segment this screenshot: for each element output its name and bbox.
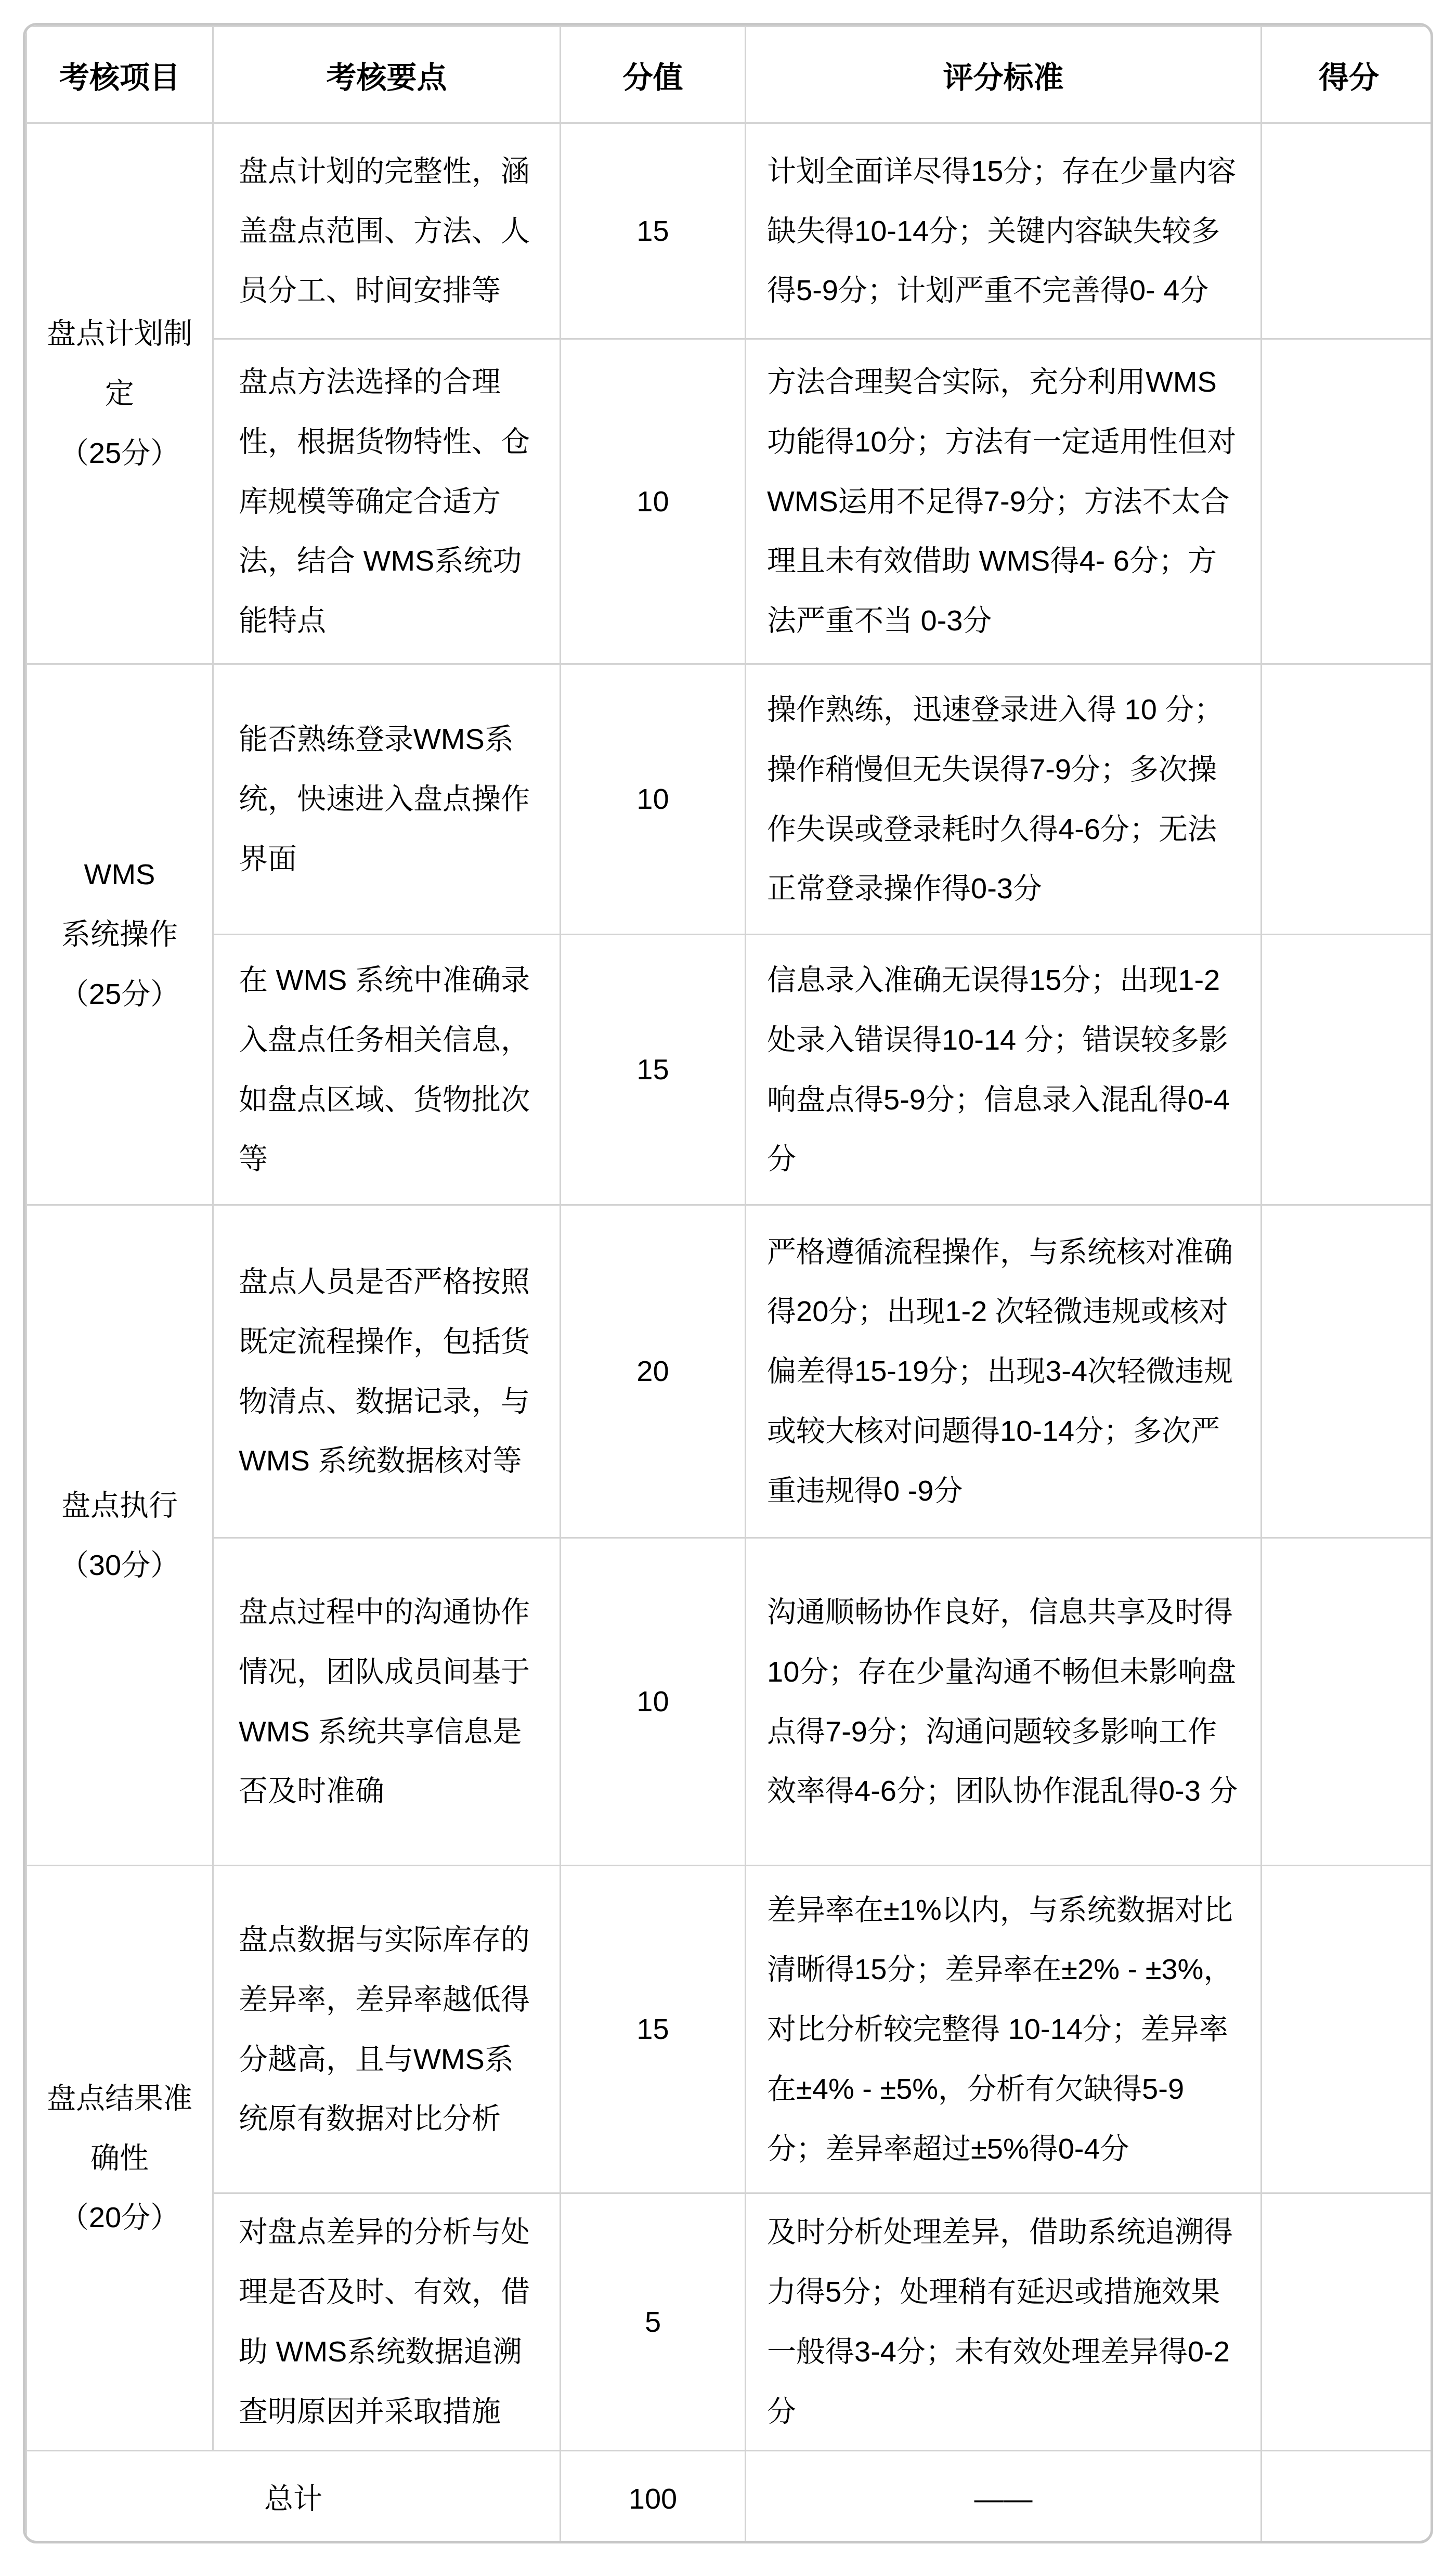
header-row: 考核项目 考核要点 分值 评分标准 得分 [27,27,1434,123]
total-criteria-cell: —— [746,2451,1262,2544]
result-cell[interactable] [1262,339,1434,664]
point-cell: 对盘点差异的分析与处理是否及时、有效，借助 WMS系统数据追溯查明原因并采取措施 [213,2193,561,2451]
point-cell: 盘点过程中的沟通协作情况，团队成员间基于 WMS 系统共享信息是否及时准确 [213,1538,561,1866]
table-row: 盘点结果准 确性 （20分） 盘点数据与实际库存的差异率，差异率越低得分越高，且… [27,1866,1434,2193]
result-cell[interactable] [1262,664,1434,935]
score-cell: 10 [561,664,746,935]
criteria-cell: 及时分析处理差异，借助系统追溯得力得5分；处理稍有延迟或措施效果一般得3-4分；… [746,2193,1262,2451]
score-cell: 15 [561,1866,746,2193]
point-cell: 盘点计划的完整性，涵盖盘点范围、方法、人员分工、时间安排等 [213,123,561,339]
score-cell: 5 [561,2193,746,2451]
result-cell[interactable] [1262,123,1434,339]
criteria-cell: 差异率在±1%以内，与系统数据对比清晰得15分；差异率在±2% - ±3%，对比… [746,1866,1262,2193]
table-row: 对盘点差异的分析与处理是否及时、有效，借助 WMS系统数据追溯查明原因并采取措施… [27,2193,1434,2451]
result-cell[interactable] [1262,1205,1434,1538]
score-cell: 15 [561,123,746,339]
criteria-cell: 操作熟练，迅速登录进入得 10 分；操作稍慢但无失误得7-9分；多次操作失误或登… [746,664,1262,935]
total-score-cell: 100 [561,2451,746,2544]
criteria-cell: 方法合理契合实际，充分利用WMS功能得10分；方法有一定适用性但对WMS运用不足… [746,339,1262,664]
header-item: 考核项目 [27,27,213,123]
point-cell: 盘点人员是否严格按照既定流程操作，包括货物清点、数据记录，与 WMS 系统数据核… [213,1205,561,1538]
section-item-wms-operation: WMS 系统操作 （25分） [27,664,213,1205]
point-cell: 能否熟练登录WMS系统，快速进入盘点操作界面 [213,664,561,935]
result-cell[interactable] [1262,1866,1434,2193]
point-cell: 盘点数据与实际库存的差异率，差异率越低得分越高，且与WMS系统原有数据对比分析 [213,1866,561,2193]
table-row: 在 WMS 系统中准确录入盘点任务相关信息，如盘点区域、货物批次等 15 信息录… [27,935,1434,1205]
total-row: 总计 100 —— [27,2451,1434,2544]
section-item-result-accuracy: 盘点结果准 确性 （20分） [27,1866,213,2451]
section-item-plan: 盘点计划制 定 （25分） [27,123,213,664]
header-point: 考核要点 [213,27,561,123]
assessment-rubric-table: 考核项目 考核要点 分值 评分标准 得分 盘点计划制 定 （25分） 盘点计划的… [23,23,1433,2543]
table-row: WMS 系统操作 （25分） 能否熟练登录WMS系统，快速进入盘点操作界面 10… [27,664,1434,935]
criteria-cell: 信息录入准确无误得15分；出现1-2处录入错误得10-14 分；错误较多影响盘点… [746,935,1262,1205]
point-cell: 盘点方法选择的合理性，根据货物特性、仓库规模等确定合适方法，结合 WMS系统功能… [213,339,561,664]
result-cell[interactable] [1262,2193,1434,2451]
criteria-cell: 严格遵循流程操作，与系统核对准确得20分；出现1-2 次轻微违规或核对偏差得15… [746,1205,1262,1538]
point-cell: 在 WMS 系统中准确录入盘点任务相关信息，如盘点区域、货物批次等 [213,935,561,1205]
table-row: 盘点执行 （30分） 盘点人员是否严格按照既定流程操作，包括货物清点、数据记录，… [27,1205,1434,1538]
header-result: 得分 [1262,27,1434,123]
table-row: 盘点过程中的沟通协作情况，团队成员间基于 WMS 系统共享信息是否及时准确 10… [27,1538,1434,1866]
criteria-cell: 沟通顺畅协作良好，信息共享及时得 10分；存在少量沟通不畅但未影响盘点得7-9分… [746,1538,1262,1866]
criteria-cell: 计划全面详尽得15分；存在少量内容缺失得10-14分；关键内容缺失较多得5-9分… [746,123,1262,339]
score-cell: 10 [561,339,746,664]
total-label-cell: 总计 [27,2451,561,2544]
header-criteria: 评分标准 [746,27,1262,123]
section-item-execution: 盘点执行 （30分） [27,1205,213,1866]
result-cell[interactable] [1262,1538,1434,1866]
table-row: 盘点计划制 定 （25分） 盘点计划的完整性，涵盖盘点范围、方法、人员分工、时间… [27,123,1434,339]
result-cell[interactable] [1262,935,1434,1205]
total-result-cell[interactable] [1262,2451,1434,2544]
header-score: 分值 [561,27,746,123]
score-cell: 10 [561,1538,746,1866]
score-cell: 20 [561,1205,746,1538]
table-row: 盘点方法选择的合理性，根据货物特性、仓库规模等确定合适方法，结合 WMS系统功能… [27,339,1434,664]
score-cell: 15 [561,935,746,1205]
